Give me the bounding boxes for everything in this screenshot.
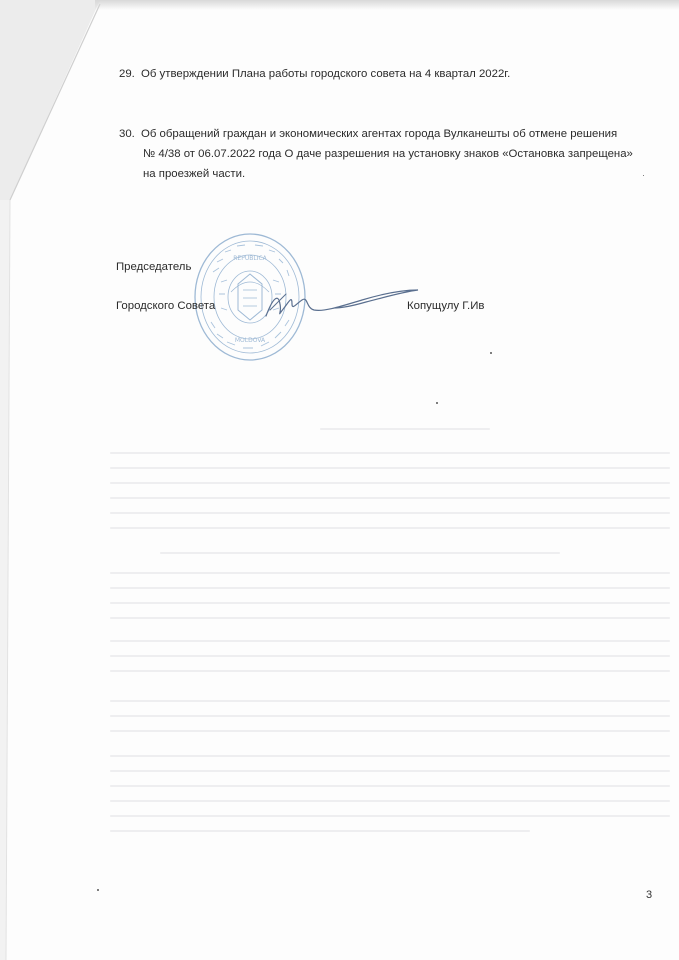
signatory-title-chairman: Председатель — [116, 261, 191, 273]
svg-text:MOLDOVA: MOLDOVA — [235, 337, 266, 344]
agenda-item-text-line-1: Об обращений граждан и экономических аге… — [141, 128, 617, 140]
scan-speck — [97, 889, 99, 891]
svg-text:REPUBLICA: REPUBLICA — [233, 255, 267, 262]
scan-top-shadow — [95, 0, 679, 10]
signatory-title-council: Городского Совета — [116, 300, 215, 312]
agenda-item-text-line-2: № 4/38 от 06.07.2022 года О даче разреше… — [119, 144, 649, 164]
agenda-item-number: 30. — [119, 124, 141, 144]
page-number: 3 — [646, 889, 652, 901]
agenda-item-29: 29.Об утверждении Плана работы городског… — [119, 64, 510, 84]
agenda-item-number: 29. — [119, 64, 141, 84]
scan-speck — [490, 352, 492, 354]
document-page: 29.Об утверждении Плана работы городског… — [0, 0, 679, 960]
scan-speck — [436, 402, 438, 404]
agenda-item-30: 30.Об обращений граждан и экономических … — [119, 124, 649, 184]
signatory-name: Копущулу Г.Ив — [407, 300, 484, 312]
scan-speck — [643, 175, 644, 176]
agenda-item-text: Об утверждении Плана работы городского с… — [141, 68, 510, 80]
handwritten-signature-icon — [262, 280, 422, 325]
agenda-item-text-line-3: на проезжей части. — [119, 164, 649, 184]
